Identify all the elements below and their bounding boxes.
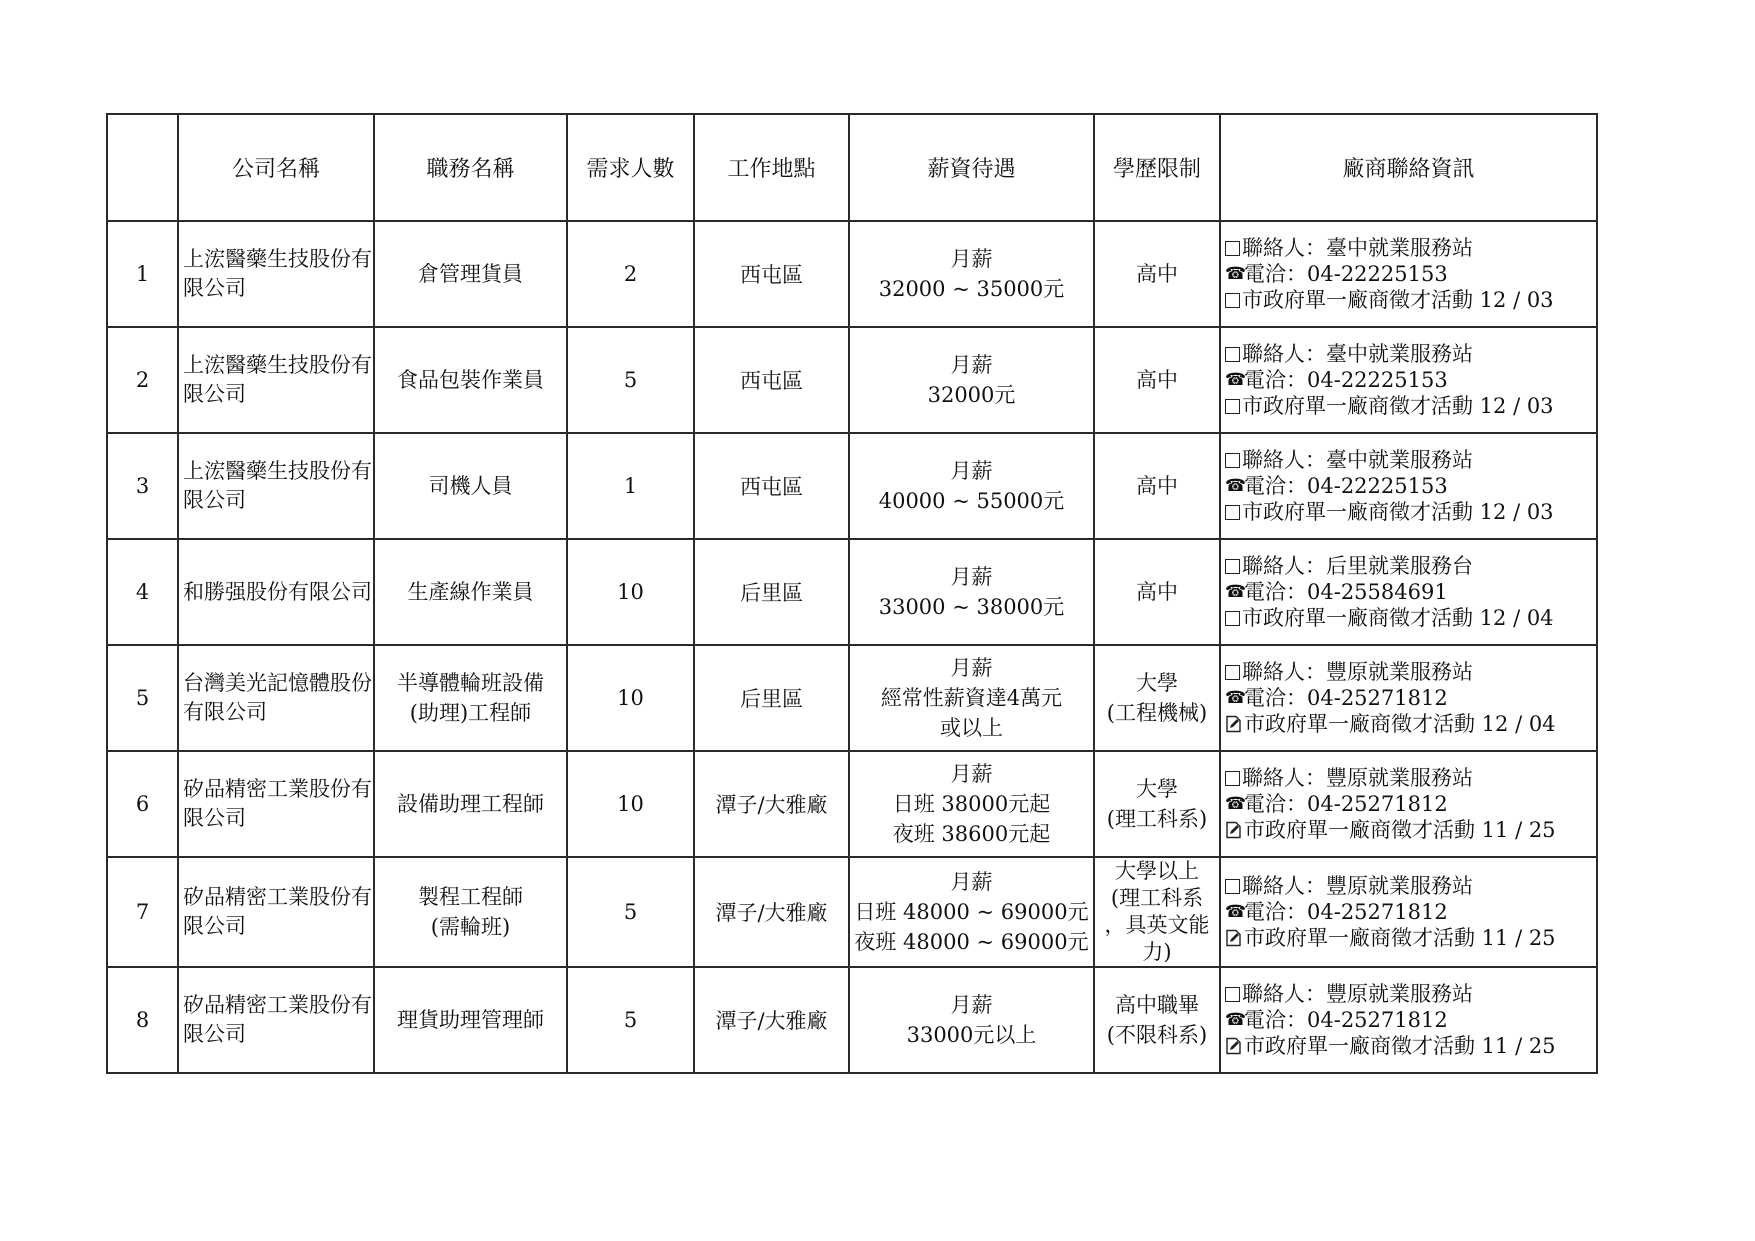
cell-line: 月薪 (850, 350, 1093, 380)
education-requirement: 高中 (1094, 221, 1220, 327)
checkbox-icon (1225, 665, 1240, 680)
cell-line: 半導體輪班設備 (375, 668, 566, 698)
table-row: 3 上浤醫藥生技股份有限公司 司機人員 1 西屯區 月薪40000 ~ 5500… (107, 433, 1597, 539)
contact-event: 市政府單一廠商徵才活動 11 / 25 (1244, 1033, 1556, 1059)
position-title: 設備助理工程師 (374, 751, 567, 857)
contact-event: 市政府單一廠商徵才活動 12 / 03 (1242, 499, 1554, 525)
cell-line: 日班 38000元起 (850, 789, 1093, 819)
cell-line: 月薪 (850, 759, 1093, 789)
checkbox-icon (1225, 399, 1240, 414)
checkbox-icon (1225, 611, 1240, 626)
company-name: 上浤醫藥生技股份有限公司 (178, 327, 374, 433)
cell-line: 大學 (1095, 668, 1219, 698)
cell-line: (助理)工程師 (375, 698, 566, 728)
checkbox-icon (1225, 771, 1240, 786)
company-name: 上浤醫藥生技股份有限公司 (178, 433, 374, 539)
cell-line: (理工科系) (1095, 804, 1219, 834)
company-name: 矽品精密工業股份有限公司 (178, 751, 374, 857)
work-location: 西屯區 (694, 327, 849, 433)
row-index: 6 (107, 751, 178, 857)
work-location: 西屯區 (694, 433, 849, 539)
cell-line: 設備助理工程師 (375, 789, 566, 819)
contact-person-line: 聯絡人：臺中就業服務站 (1225, 447, 1596, 473)
cell-line: 倉管理貨員 (375, 259, 566, 289)
contact-info: 聯絡人：后里就業服務台 ☎ 電洽：04-25584691 市政府單一廠商徵才活動… (1220, 539, 1597, 645)
work-location: 后里區 (694, 645, 849, 751)
phone-icon: ☎ (1225, 689, 1243, 707)
position-title: 倉管理貨員 (374, 221, 567, 327)
contact-event-line: 市政府單一廠商徵才活動 12 / 03 (1225, 393, 1596, 419)
company-name: 和勝强股份有限公司 (178, 539, 374, 645)
contact-event: 市政府單一廠商徵才活動 12 / 03 (1242, 393, 1554, 419)
contact-phone: 電洽：04-22225153 (1244, 473, 1448, 499)
contact-phone-line: ☎ 電洽：04-22225153 (1225, 473, 1596, 499)
contact-person-line: 聯絡人：臺中就業服務站 (1225, 235, 1596, 261)
salary: 月薪32000元 (849, 327, 1094, 433)
salary: 月薪32000 ~ 35000元 (849, 221, 1094, 327)
cell-line: 製程工程師 (375, 882, 566, 912)
education-requirement: 大學(理工科系) (1094, 751, 1220, 857)
contact-info: 聯絡人：臺中就業服務站 ☎ 電洽：04-22225153 市政府單一廠商徵才活動… (1220, 327, 1597, 433)
contact-event: 市政府單一廠商徵才活動 11 / 25 (1244, 817, 1556, 843)
checkbox-icon (1225, 293, 1240, 308)
cell-line: 月薪 (850, 456, 1093, 486)
row-index: 3 (107, 433, 178, 539)
contact-phone-line: ☎ 電洽：04-25271812 (1225, 899, 1596, 925)
cell-line: 高中 (1095, 577, 1219, 607)
row-index: 7 (107, 857, 178, 967)
headcount: 10 (567, 539, 694, 645)
education-requirement: 高中 (1094, 327, 1220, 433)
contact-info: 聯絡人：豐原就業服務站 ☎ 電洽：04-25271812 市政府單一廠商徵才活動… (1220, 857, 1597, 967)
cell-line: 月薪 (850, 867, 1093, 897)
cell-line: 33000 ~ 38000元 (850, 592, 1093, 622)
note-icon (1225, 821, 1243, 839)
contact-phone: 電洽：04-25271812 (1244, 791, 1448, 817)
contact-person: 聯絡人：后里就業服務台 (1242, 553, 1473, 579)
phone-icon: ☎ (1225, 371, 1243, 389)
row-index: 1 (107, 221, 178, 327)
contact-phone: 電洽：04-25584691 (1244, 579, 1448, 605)
contact-phone-line: ☎ 電洽：04-25271812 (1225, 791, 1596, 817)
cell-line: 經常性薪資達4萬元 (850, 683, 1093, 713)
row-index: 2 (107, 327, 178, 433)
contact-person: 聯絡人：豐原就業服務站 (1242, 659, 1473, 685)
table-row: 1 上浤醫藥生技股份有限公司 倉管理貨員 2 西屯區 月薪32000 ~ 350… (107, 221, 1597, 327)
position-title: 司機人員 (374, 433, 567, 539)
cell-line: 月薪 (850, 653, 1093, 683)
phone-icon: ☎ (1225, 477, 1243, 495)
cell-line: 高中 (1095, 365, 1219, 395)
cell-line: 月薪 (850, 562, 1093, 592)
company-name: 矽品精密工業股份有限公司 (178, 857, 374, 967)
contact-event: 市政府單一廠商徵才活動 12 / 03 (1242, 287, 1554, 313)
position-title: 食品包裝作業員 (374, 327, 567, 433)
checkbox-icon (1225, 987, 1240, 1002)
headcount: 10 (567, 645, 694, 751)
cell-line: 理貨助理管理師 (375, 1005, 566, 1035)
cell-line: 日班 48000 ~ 69000元 (850, 897, 1093, 927)
contact-info: 聯絡人：臺中就業服務站 ☎ 電洽：04-22225153 市政府單一廠商徵才活動… (1220, 433, 1597, 539)
contact-event-line: 市政府單一廠商徵才活動 12 / 03 (1225, 287, 1596, 313)
company-name: 上浤醫藥生技股份有限公司 (178, 221, 374, 327)
cell-line: 高中職畢 (1095, 990, 1219, 1020)
table-row: 7 矽品精密工業股份有限公司 製程工程師(需輪班) 5 潭子/大雅廠 月薪日班 … (107, 857, 1597, 967)
contact-info: 聯絡人：豐原就業服務站 ☎ 電洽：04-25271812 市政府單一廠商徵才活動… (1220, 751, 1597, 857)
cell-line: 司機人員 (375, 471, 566, 501)
headcount: 5 (567, 857, 694, 967)
education-requirement: 高中 (1094, 539, 1220, 645)
contact-phone: 電洽：04-22225153 (1244, 367, 1448, 393)
salary: 月薪33000 ~ 38000元 (849, 539, 1094, 645)
salary: 月薪日班 48000 ~ 69000元夜班 48000 ~ 69000元 (849, 857, 1094, 967)
education-requirement: 大學以上(理工科系，具英文能力) (1094, 857, 1220, 967)
checkbox-icon (1225, 453, 1240, 468)
contact-phone-line: ☎ 電洽：04-25271812 (1225, 1007, 1596, 1033)
salary: 月薪33000元以上 (849, 967, 1094, 1073)
checkbox-icon (1225, 559, 1240, 574)
contact-person-line: 聯絡人：后里就業服務台 (1225, 553, 1596, 579)
contact-person: 聯絡人：臺中就業服務站 (1242, 341, 1473, 367)
contact-event: 市政府單一廠商徵才活動 12 / 04 (1242, 605, 1554, 631)
row-index: 5 (107, 645, 178, 751)
checkbox-icon (1225, 241, 1240, 256)
contact-phone: 電洽：04-22225153 (1244, 261, 1448, 287)
headcount: 2 (567, 221, 694, 327)
checkbox-icon (1225, 347, 1240, 362)
contact-person-line: 聯絡人：豐原就業服務站 (1225, 873, 1596, 899)
table-row: 2 上浤醫藥生技股份有限公司 食品包裝作業員 5 西屯區 月薪32000元 高中… (107, 327, 1597, 433)
table-row: 6 矽品精密工業股份有限公司 設備助理工程師 10 潭子/大雅廠 月薪日班 38… (107, 751, 1597, 857)
contact-phone-line: ☎ 電洽：04-22225153 (1225, 367, 1596, 393)
contact-phone: 電洽：04-25271812 (1244, 899, 1448, 925)
phone-icon: ☎ (1225, 795, 1243, 813)
job-listing-table: 公司名稱 職務名稱 需求人數 工作地點 薪資待遇 學歷限制 廠商聯絡資訊 1 上… (106, 113, 1598, 1074)
header-position: 職務名稱 (374, 114, 567, 221)
salary: 月薪經常性薪資達4萬元或以上 (849, 645, 1094, 751)
contact-phone: 電洽：04-25271812 (1244, 685, 1448, 711)
work-location: 潭子/大雅廠 (694, 751, 849, 857)
contact-phone: 電洽：04-25271812 (1244, 1007, 1448, 1033)
work-location: 后里區 (694, 539, 849, 645)
contact-person-line: 聯絡人：豐原就業服務站 (1225, 981, 1596, 1007)
contact-person-line: 聯絡人：豐原就業服務站 (1225, 659, 1596, 685)
contact-event-line: 市政府單一廠商徵才活動 11 / 25 (1225, 817, 1596, 843)
header-location: 工作地點 (694, 114, 849, 221)
salary: 月薪日班 38000元起夜班 38600元起 (849, 751, 1094, 857)
headcount: 5 (567, 327, 694, 433)
contact-event-line: 市政府單一廠商徵才活動 12 / 04 (1225, 605, 1596, 631)
table-row: 4 和勝强股份有限公司 生產線作業員 10 后里區 月薪33000 ~ 3800… (107, 539, 1597, 645)
contact-person: 聯絡人：臺中就業服務站 (1242, 447, 1473, 473)
header-headcount: 需求人數 (567, 114, 694, 221)
cell-line: (工程機械) (1095, 698, 1219, 728)
cell-line: (不限科系) (1095, 1020, 1219, 1050)
contact-info: 聯絡人：臺中就業服務站 ☎ 電洽：04-22225153 市政府單一廠商徵才活動… (1220, 221, 1597, 327)
contact-person: 聯絡人：豐原就業服務站 (1242, 981, 1473, 1007)
cell-line: 40000 ~ 55000元 (850, 486, 1093, 516)
position-title: 生產線作業員 (374, 539, 567, 645)
row-index: 8 (107, 967, 178, 1073)
table-row: 5 台灣美光記憶體股份有限公司 半導體輪班設備(助理)工程師 10 后里區 月薪… (107, 645, 1597, 751)
work-location: 西屯區 (694, 221, 849, 327)
work-location: 潭子/大雅廠 (694, 857, 849, 967)
contact-phone-line: ☎ 電洽：04-22225153 (1225, 261, 1596, 287)
contact-info: 聯絡人：豐原就業服務站 ☎ 電洽：04-25271812 市政府單一廠商徵才活動… (1220, 967, 1597, 1073)
education-requirement: 高中職畢(不限科系) (1094, 967, 1220, 1073)
position-title: 半導體輪班設備(助理)工程師 (374, 645, 567, 751)
note-icon (1225, 715, 1243, 733)
contact-phone-line: ☎ 電洽：04-25271812 (1225, 685, 1596, 711)
phone-icon: ☎ (1225, 903, 1243, 921)
contact-phone-line: ☎ 電洽：04-25584691 (1225, 579, 1596, 605)
cell-line: 力) (1095, 939, 1219, 966)
cell-line: 大學以上 (1095, 858, 1219, 885)
contact-person-line: 聯絡人：豐原就業服務站 (1225, 765, 1596, 791)
company-name: 矽品精密工業股份有限公司 (178, 967, 374, 1073)
position-title: 理貨助理管理師 (374, 967, 567, 1073)
phone-icon: ☎ (1225, 265, 1243, 283)
cell-line: 33000元以上 (850, 1020, 1093, 1050)
position-title: 製程工程師(需輪班) (374, 857, 567, 967)
note-icon (1225, 1037, 1243, 1055)
checkbox-icon (1225, 879, 1240, 894)
cell-line: 食品包裝作業員 (375, 365, 566, 395)
cell-line: 高中 (1095, 471, 1219, 501)
phone-icon: ☎ (1225, 583, 1243, 601)
contact-event-line: 市政府單一廠商徵才活動 12 / 03 (1225, 499, 1596, 525)
header-education: 學歷限制 (1094, 114, 1220, 221)
cell-line: (需輪班) (375, 912, 566, 942)
salary: 月薪40000 ~ 55000元 (849, 433, 1094, 539)
contact-person-line: 聯絡人：臺中就業服務站 (1225, 341, 1596, 367)
contact-event: 市政府單一廠商徵才活動 12 / 04 (1244, 711, 1556, 737)
headcount: 1 (567, 433, 694, 539)
row-index: 4 (107, 539, 178, 645)
checkbox-icon (1225, 505, 1240, 520)
cell-line: 32000元 (850, 380, 1093, 410)
note-icon (1225, 929, 1243, 947)
cell-line: 夜班 38600元起 (850, 819, 1093, 849)
contact-event-line: 市政府單一廠商徵才活動 11 / 25 (1225, 1033, 1596, 1059)
header-index (107, 114, 178, 221)
work-location: 潭子/大雅廠 (694, 967, 849, 1073)
cell-line: 高中 (1095, 259, 1219, 289)
cell-line: 夜班 48000 ~ 69000元 (850, 927, 1093, 957)
contact-info: 聯絡人：豐原就業服務站 ☎ 電洽：04-25271812 市政府單一廠商徵才活動… (1220, 645, 1597, 751)
header-salary: 薪資待遇 (849, 114, 1094, 221)
contact-person: 聯絡人：豐原就業服務站 (1242, 765, 1473, 791)
table-row: 8 矽品精密工業股份有限公司 理貨助理管理師 5 潭子/大雅廠 月薪33000元… (107, 967, 1597, 1073)
headcount: 5 (567, 967, 694, 1073)
cell-line: 32000 ~ 35000元 (850, 274, 1093, 304)
contact-event-line: 市政府單一廠商徵才活動 11 / 25 (1225, 925, 1596, 951)
education-requirement: 大學(工程機械) (1094, 645, 1220, 751)
contact-person: 聯絡人：臺中就業服務站 (1242, 235, 1473, 261)
cell-line: ，具英文能 (1095, 912, 1219, 939)
contact-event: 市政府單一廠商徵才活動 11 / 25 (1244, 925, 1556, 951)
phone-icon: ☎ (1225, 1011, 1243, 1029)
cell-line: 月薪 (850, 244, 1093, 274)
headcount: 10 (567, 751, 694, 857)
cell-line: 或以上 (850, 713, 1093, 743)
cell-line: 大學 (1095, 774, 1219, 804)
header-contact: 廠商聯絡資訊 (1220, 114, 1597, 221)
contact-event-line: 市政府單一廠商徵才活動 12 / 04 (1225, 711, 1596, 737)
header-company: 公司名稱 (178, 114, 374, 221)
cell-line: 月薪 (850, 990, 1093, 1020)
header-row: 公司名稱 職務名稱 需求人數 工作地點 薪資待遇 學歷限制 廠商聯絡資訊 (107, 114, 1597, 221)
contact-person: 聯絡人：豐原就業服務站 (1242, 873, 1473, 899)
education-requirement: 高中 (1094, 433, 1220, 539)
cell-line: 生產線作業員 (375, 577, 566, 607)
cell-line: (理工科系 (1095, 885, 1219, 912)
company-name: 台灣美光記憶體股份有限公司 (178, 645, 374, 751)
